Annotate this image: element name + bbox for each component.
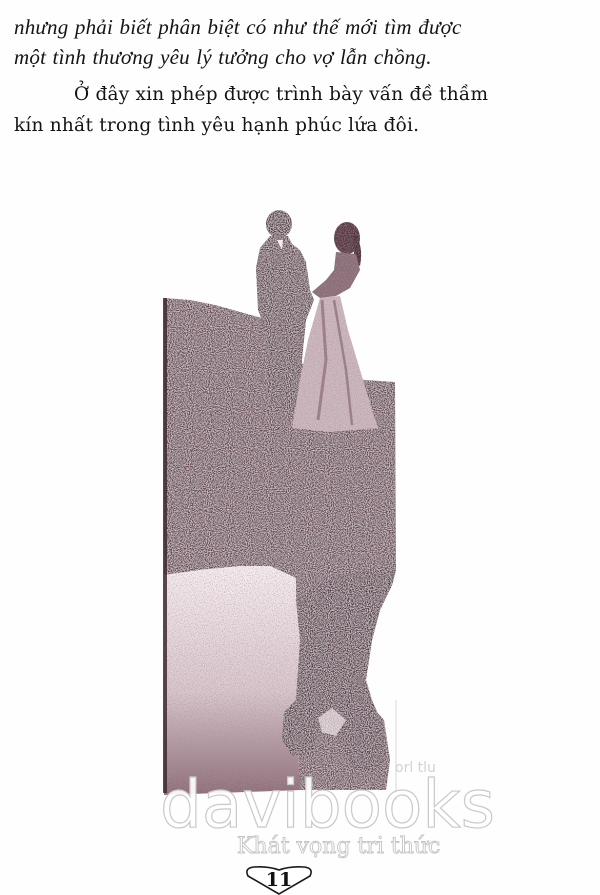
watermark-tagline: Khát vọng tri thức (237, 836, 440, 858)
page-number-badge: 11 (244, 866, 314, 895)
book-page: nhưng phải biết phân biệt có như thế mới… (0, 0, 600, 895)
photo-reflection-light (164, 566, 300, 795)
watermark-brand: davibooks (160, 772, 495, 838)
page-number: 11 (244, 869, 314, 891)
couple-illustration (0, 0, 600, 895)
